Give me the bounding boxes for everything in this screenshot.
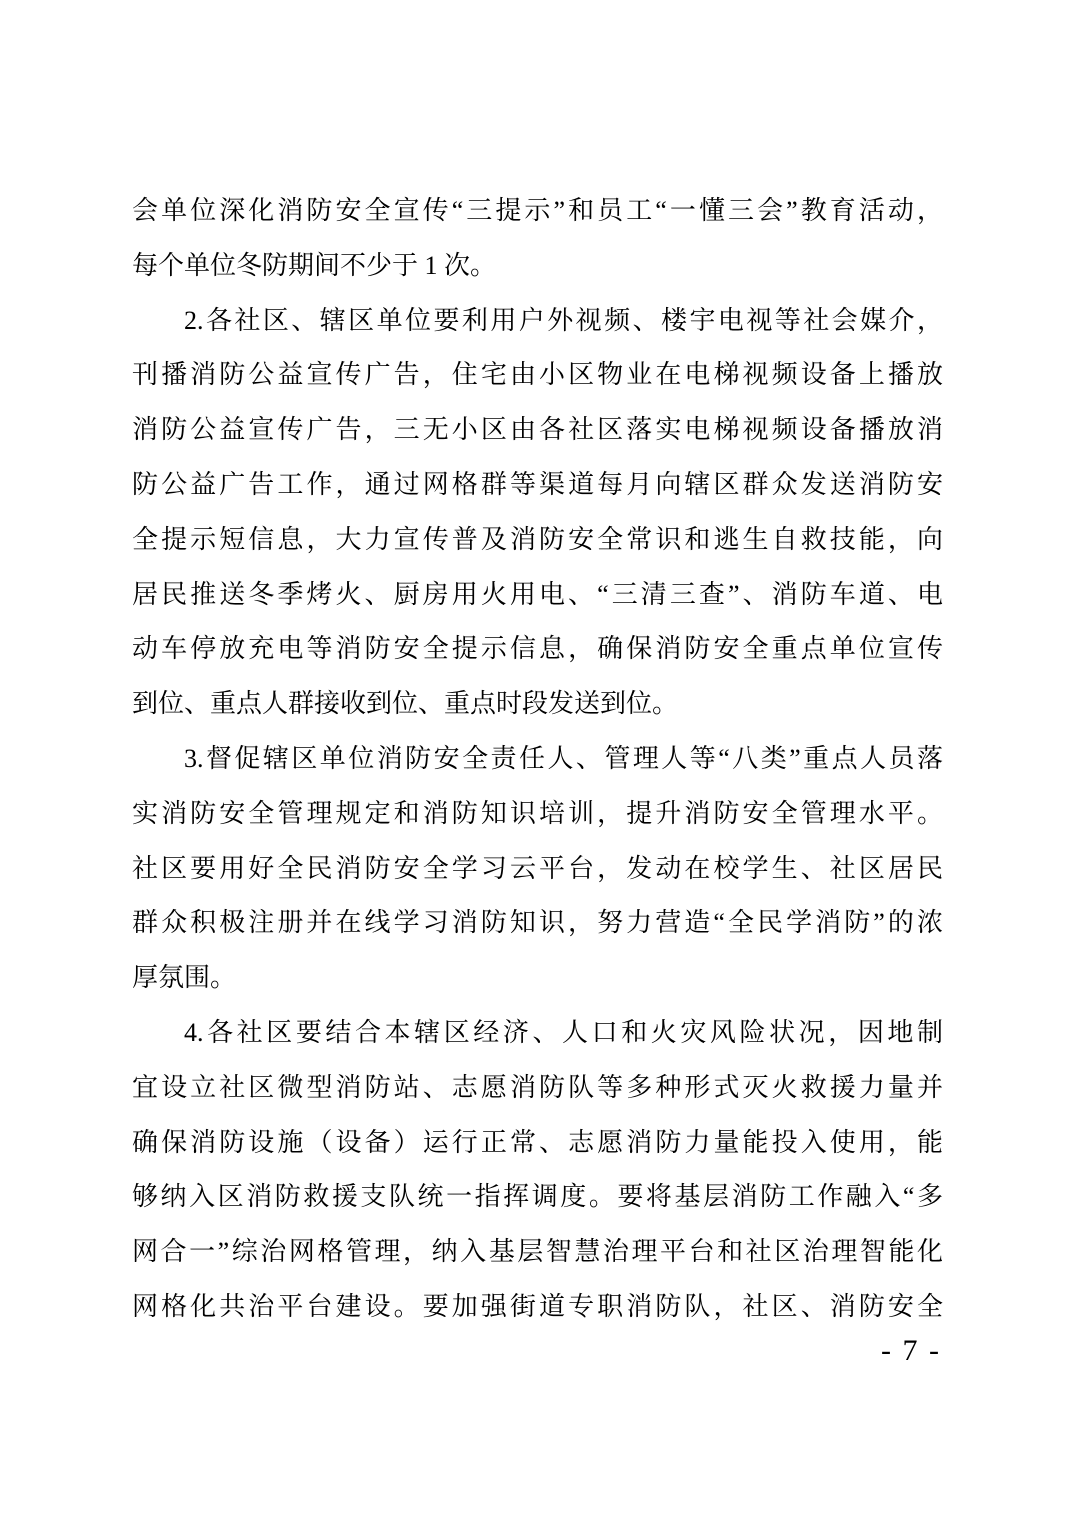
- paragraph-2: 2.各社区、辖区单位要利用户外视频、楼宇电视等社会媒介，刊播消防公益宣传广告，住…: [132, 294, 943, 732]
- text-line: 居民推送冬季烤火、厨房用火用电、“三清三查”、消防车道、电: [132, 568, 943, 623]
- document-page: 会单位深化消防安全宣传“三提示”和员工“一懂三会”教育活动，每个单位冬防期间不少…: [0, 0, 1074, 1520]
- text-line: 厚氛围。: [132, 951, 943, 1006]
- text-line: 够纳入区消防救援支队统一指挥调度。要将基层消防工作融入“多: [132, 1170, 943, 1225]
- text-line: 到位、重点人群接收到位、重点时段发送到位。: [132, 677, 943, 732]
- paragraph-3: 3.督促辖区单位消防安全责任人、管理人等“八类”重点人员落实消防安全管理规定和消…: [132, 732, 943, 1006]
- text-line: 网格化共治平台建设。要加强街道专职消防队，社区、消防安全: [132, 1280, 943, 1335]
- text-line: 动车停放充电等消防安全提示信息，确保消防安全重点单位宣传: [132, 622, 943, 677]
- text-line: 防公益广告工作，通过网格群等渠道每月向辖区群众发送消防安: [132, 458, 943, 513]
- page-number: - 7 -: [881, 1332, 941, 1370]
- text-line: 网合一”综治网格管理，纳入基层智慧治理平台和社区治理智能化: [132, 1225, 943, 1280]
- text-line: 全提示短信息，大力宣传普及消防安全常识和逃生自救技能，向: [132, 513, 943, 568]
- document-body: 会单位深化消防安全宣传“三提示”和员工“一懂三会”教育活动，每个单位冬防期间不少…: [132, 184, 943, 1335]
- text-line: 宜设立社区微型消防站、志愿消防队等多种形式灭火救援力量并: [132, 1061, 943, 1116]
- text-line: 刊播消防公益宣传广告，住宅由小区物业在电梯视频设备上播放: [132, 348, 943, 403]
- text-line: 每个单位冬防期间不少于 1 次。: [132, 239, 943, 294]
- text-line: 确保消防设施（设备）运行正常、志愿消防力量能投入使用，能: [132, 1116, 943, 1171]
- paragraph-1: 会单位深化消防安全宣传“三提示”和员工“一懂三会”教育活动，每个单位冬防期间不少…: [132, 184, 943, 294]
- text-line: 消防公益宣传广告，三无小区由各社区落实电梯视频设备播放消: [132, 403, 943, 458]
- text-line: 会单位深化消防安全宣传“三提示”和员工“一懂三会”教育活动，: [132, 184, 943, 239]
- text-line: 3.督促辖区单位消防安全责任人、管理人等“八类”重点人员落: [132, 732, 943, 787]
- text-line: 2.各社区、辖区单位要利用户外视频、楼宇电视等社会媒介，: [132, 294, 943, 349]
- text-line: 4.各社区要结合本辖区经济、人口和火灾风险状况，因地制: [132, 1006, 943, 1061]
- text-line: 群众积极注册并在线学习消防知识，努力营造“全民学消防”的浓: [132, 896, 943, 951]
- text-line: 社区要用好全民消防安全学习云平台，发动在校学生、社区居民: [132, 842, 943, 897]
- paragraph-4: 4.各社区要结合本辖区经济、人口和火灾风险状况，因地制宜设立社区微型消防站、志愿…: [132, 1006, 943, 1335]
- text-line: 实消防安全管理规定和消防知识培训，提升消防安全管理水平。: [132, 787, 943, 842]
